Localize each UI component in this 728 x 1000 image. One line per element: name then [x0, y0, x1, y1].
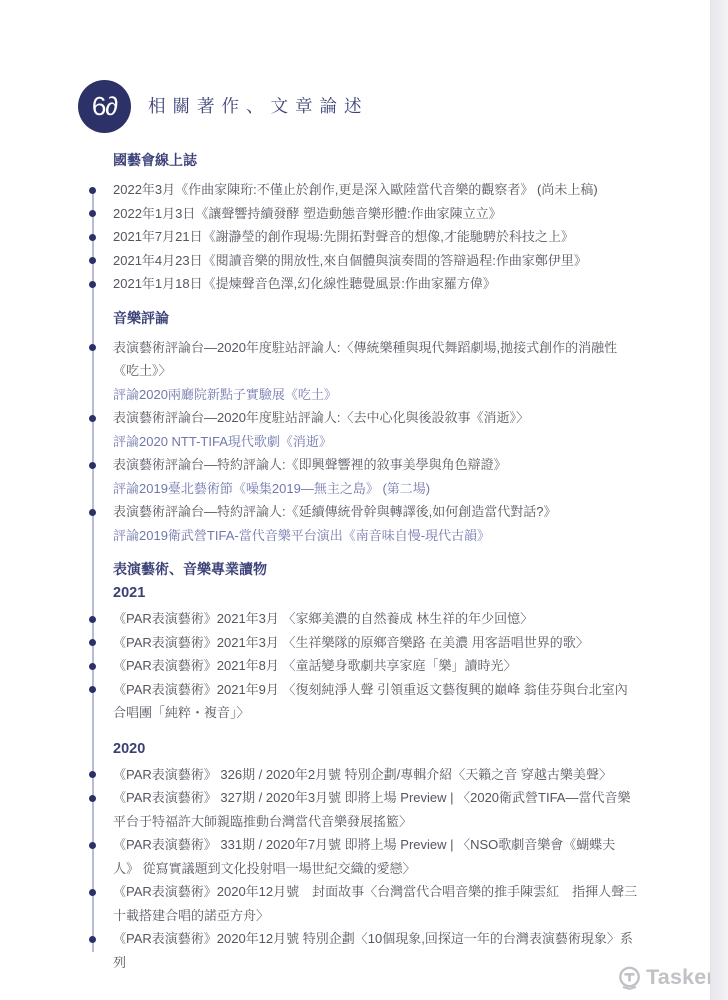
publication-entry: 表演藝術評論台—2020年度駐站評論人:〈去中心化與後設敘事《消逝》〉 — [86, 406, 638, 430]
section-2: 音樂評論表演藝術評論台—2020年度駐站評論人:〈傳統樂種與現代舞蹈劇場,拋接式… — [86, 308, 638, 548]
section-heading: 國藝會線上誌 — [113, 150, 638, 170]
review-link[interactable]: 評論2020兩廳院新點子實驗展《吃土》 — [86, 383, 638, 407]
entry-text: 《PAR表演藝術》2020年12月號 特別企劃〈10個現象,回探這一年的台灣表演… — [113, 931, 633, 970]
year-heading: 2021 — [113, 583, 638, 603]
entry-text: 《PAR表演藝術》 327期 / 2020年3月號 即將上場 Preview |… — [113, 790, 630, 829]
publication-entry: 表演藝術評論台—特約評論人:《延續傳統骨幹與轉譯後,如何創造當代對話?》 — [86, 500, 638, 524]
bullet-icon — [89, 257, 96, 264]
bullet-icon — [89, 281, 96, 288]
publication-entry: 《PAR表演藝術》2021年9月 〈復刻純淨人聲 引領重返文藝復興的巔峰 翁佳芬… — [86, 678, 638, 725]
tasker-watermark: Tasker — [616, 964, 715, 991]
link-text: 評論2019衛武營TIFA-當代音樂平台演出《南音味自慢-現代古韻》 — [113, 528, 490, 543]
entry-text: 2022年3月《作曲家陳珩:不僅止於創作,更是深入歐陸當代音樂的觀察者》 (尚未… — [113, 182, 598, 197]
bullet-icon — [89, 842, 96, 849]
entry-text: 表演藝術評論台—2020年度駐站評論人:〈去中心化與後設敘事《消逝》〉 — [113, 410, 529, 425]
review-link[interactable]: 評論2019衛武營TIFA-當代音樂平台演出《南音味自慢-現代古韻》 — [86, 524, 638, 548]
bullet-icon — [89, 187, 96, 194]
tasker-logo-icon — [616, 964, 643, 991]
bullet-icon — [89, 771, 96, 778]
page-header: 6∂ 相關著作、文章論述 — [78, 80, 369, 133]
publication-entry: 表演藝術評論台—2020年度駐站評論人:〈傳統樂種與現代舞蹈劇場,拋接式創作的消… — [86, 336, 638, 383]
entry-text: 《PAR表演藝術》2021年8月 〈童話變身歌劇共享家庭「樂」讀時光〉 — [113, 658, 517, 673]
link-text: 評論2020 NTT-TIFA現代歌劇《消逝》 — [113, 434, 332, 449]
section-heading: 音樂評論 — [113, 308, 638, 328]
publication-entry: 2021年1月18日《提煉聲音色澤,幻化線性聽覺風景:作曲家羅方偉》 — [86, 272, 638, 296]
link-text: 評論2020兩廳院新點子實驗展《吃土》 — [113, 387, 337, 402]
entry-text: 2022年1月3日《讓聲響持續發酵 塑造動態音樂形體:作曲家陳立立》 — [113, 206, 502, 221]
publication-entry: 《PAR表演藝術》 326期 / 2020年2月號 特別企劃/專輯介紹〈天籟之音… — [86, 763, 638, 787]
section-1: 國藝會線上誌2022年3月《作曲家陳珩:不僅止於創作,更是深入歐陸當代音樂的觀察… — [86, 150, 638, 296]
publication-entry: 2021年7月21日《謝瀞瑩的創作現場:先開拓對聲音的想像,才能馳騁於科技之上》 — [86, 225, 638, 249]
section-heading: 表演藝術、音樂專業讀物 — [113, 559, 638, 579]
section-3: 表演藝術、音樂專業讀物2021《PAR表演藝術》2021年3月 〈家鄉美濃的自然… — [86, 559, 638, 974]
publication-entry: 《PAR表演藝術》 327期 / 2020年3月號 即將上場 Preview |… — [86, 786, 638, 833]
bullet-icon — [89, 462, 96, 469]
year-heading: 2020 — [113, 739, 638, 759]
bullet-icon — [89, 936, 96, 943]
review-link[interactable]: 評論2020 NTT-TIFA現代歌劇《消逝》 — [86, 430, 638, 454]
bullet-icon — [89, 639, 96, 646]
entry-text: 《PAR表演藝術》 326期 / 2020年2月號 特別企劃/專輯介紹〈天籟之音… — [113, 767, 612, 782]
bullet-icon — [89, 686, 96, 693]
link-text: 評論2019臺北藝術節《噪集2019—無主之島》 (第二場) — [113, 481, 430, 496]
bullet-icon — [89, 663, 96, 670]
bullet-icon — [89, 210, 96, 217]
watermark-label: Tasker — [646, 965, 715, 990]
publication-entry: 《PAR表演藝術》2021年3月 〈家鄉美濃的自然養成 林生祥的年少回憶〉 — [86, 607, 638, 631]
bullet-icon — [89, 795, 96, 802]
bullet-icon — [89, 616, 96, 623]
publication-entry: 《PAR表演藝術》2021年3月 〈生祥樂隊的原鄉音樂路 在美濃 用客語唱世界的… — [86, 631, 638, 655]
entry-text: 表演藝術評論台—2020年度駐站評論人:〈傳統樂種與現代舞蹈劇場,拋接式創作的消… — [113, 340, 617, 379]
bullet-icon — [89, 234, 96, 241]
right-edge-strip[interactable] — [710, 0, 728, 1000]
publication-entry: 《PAR表演藝術》2021年8月 〈童話變身歌劇共享家庭「樂」讀時光〉 — [86, 654, 638, 678]
publication-entry: 《PAR表演藝術》 331期 / 2020年7月號 即將上場 Preview |… — [86, 833, 638, 880]
entry-text: 《PAR表演藝術》2021年3月 〈生祥樂隊的原鄉音樂路 在美濃 用客語唱世界的… — [113, 635, 589, 650]
glasses-icon: 6∂ — [78, 80, 131, 133]
publication-entry: 表演藝術評論台—特約評論人:《即興聲響裡的敘事美學與角色辯證》 — [86, 453, 638, 477]
page-title: 相關著作、文章論述 — [148, 96, 369, 117]
entry-text: 《PAR表演藝術》2021年9月 〈復刻純淨人聲 引領重返文藝復興的巔峰 翁佳芬… — [113, 682, 628, 721]
publication-entry: 2022年1月3日《讓聲響持續發酵 塑造動態音樂形體:作曲家陳立立》 — [86, 202, 638, 226]
bullet-icon — [89, 889, 96, 896]
publications-list: 國藝會線上誌2022年3月《作曲家陳珩:不僅止於創作,更是深入歐陸當代音樂的觀察… — [86, 150, 638, 974]
review-link[interactable]: 評論2019臺北藝術節《噪集2019—無主之島》 (第二場) — [86, 477, 638, 501]
glasses-glyph: 6∂ — [92, 93, 117, 119]
entry-text: 《PAR表演藝術》2021年3月 〈家鄉美濃的自然養成 林生祥的年少回憶〉 — [113, 611, 533, 626]
entry-text: 2021年1月18日《提煉聲音色澤,幻化線性聽覺風景:作曲家羅方偉》 — [113, 276, 496, 291]
publication-entry: 2021年4月23日《閱讀音樂的開放性,來自個體與演奏間的答辯過程:作曲家鄭伊里… — [86, 249, 638, 273]
bullet-icon — [89, 415, 96, 422]
entry-text: 2021年4月23日《閱讀音樂的開放性,來自個體與演奏間的答辯過程:作曲家鄭伊里… — [113, 253, 587, 268]
entry-text: 《PAR表演藝術》 331期 / 2020年7月號 即將上場 Preview |… — [113, 837, 615, 876]
bullet-icon — [89, 509, 96, 516]
publication-entry: 2022年3月《作曲家陳珩:不僅止於創作,更是深入歐陸當代音樂的觀察者》 (尚未… — [86, 178, 638, 202]
entry-text: 表演藝術評論台—特約評論人:《即興聲響裡的敘事美學與角色辯證》 — [113, 457, 507, 472]
entry-text: 《PAR表演藝術》2020年12月號 封面故事〈台灣當代合唱音樂的推手陳雲紅 指… — [113, 884, 637, 923]
entry-text: 2021年7月21日《謝瀞瑩的創作現場:先開拓對聲音的想像,才能馳騁於科技之上》 — [113, 229, 574, 244]
entry-text: 表演藝術評論台—特約評論人:《延續傳統骨幹與轉譯後,如何創造當代對話?》 — [113, 504, 556, 519]
publication-entry: 《PAR表演藝術》2020年12月號 特別企劃〈10個現象,回探這一年的台灣表演… — [86, 927, 638, 974]
bullet-icon — [89, 344, 96, 351]
publication-entry: 《PAR表演藝術》2020年12月號 封面故事〈台灣當代合唱音樂的推手陳雲紅 指… — [86, 880, 638, 927]
